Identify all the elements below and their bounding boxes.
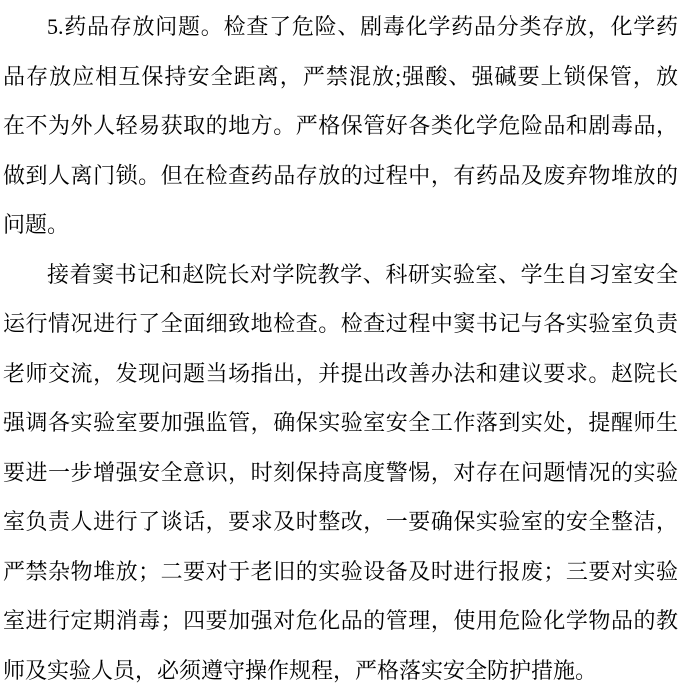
paragraph-drug-storage-problem: 5.药品存放问题。检查了危险、剧毒化学药品分类存放，化学药 品存放应相互保持安全…: [3, 2, 678, 250]
document-page: 5.药品存放问题。检查了危险、剧毒化学药品分类存放，化学药 品存放应相互保持安全…: [0, 0, 685, 693]
paragraph-inspection-summary: 接着窦书记和赵院长对学院教学、科研实验室、学生自习室安全 运行情况进行了全面细致…: [3, 250, 678, 693]
text-line: 问题。: [3, 200, 678, 250]
text-line: 强调各实验室要加强监管，确保实验室安全工作落到实处，提醒师生: [3, 398, 678, 448]
text-line: 做到人离门锁。但在检查药品存放的过程中，有药品及废弃物堆放的: [3, 151, 678, 201]
text-line: 要进一步增强安全意识，时刻保持高度警惕，对存在问题情况的实验: [3, 448, 678, 498]
text-line: 在不为外人轻易获取的地方。严格保管好各类化学危险品和剧毒品，: [3, 101, 678, 151]
text-line: 室进行定期消毒；四要加强对危化品的管理，使用危险化学物品的教: [3, 596, 678, 646]
text-line: 5.药品存放问题。检查了危险、剧毒化学药品分类存放，化学药: [3, 2, 678, 52]
text-line: 室负责人进行了谈话，要求及时整改，一要确保实验室的安全整洁，: [3, 497, 678, 547]
text-line: 老师交流，发现问题当场指出，并提出改善办法和建议要求。赵院长: [3, 349, 678, 399]
text-line: 品存放应相互保持安全距离，严禁混放;强酸、强碱要上锁保管，放: [3, 52, 678, 102]
text-line: 师及实验人员，必须遵守操作规程，严格落实安全防护措施。: [3, 646, 678, 693]
text-line: 严禁杂物堆放；二要对于老旧的实验设备及时进行报废；三要对实验: [3, 547, 678, 597]
text-line: 运行情况进行了全面细致地检查。检查过程中窦书记与各实验室负责: [3, 299, 678, 349]
text-line: 接着窦书记和赵院长对学院教学、科研实验室、学生自习室安全: [3, 250, 678, 300]
